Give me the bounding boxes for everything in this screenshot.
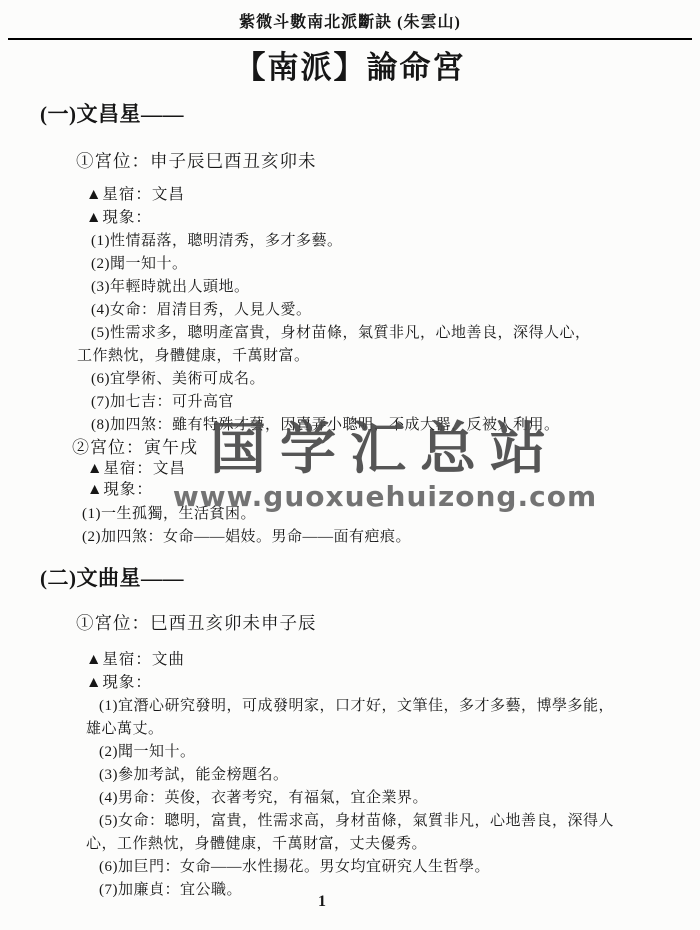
header-divider	[8, 38, 692, 40]
phenomenon-item: (1)性情磊落，聰明清秀，多才多藝。	[0, 230, 593, 253]
page-number: 1	[318, 893, 326, 911]
phenomenon-item: (4)女命：眉清目秀，人見人愛。	[0, 299, 593, 322]
phenomenon-item: (8)加四煞：雖有特殊才藝，因賣弄小聰明，不成大器，反被人利用。	[0, 414, 593, 437]
star-line: ▲星宿：文昌	[86, 185, 700, 204]
star-line: ▲星宿：文昌	[87, 459, 700, 479]
section-wenchang: (一)文昌星—— ①宮位：申子辰巳酉丑亥卯未 ▲星宿：文昌 ▲現象： (1)性情…	[0, 101, 700, 549]
page-title: 【南派】論命宮	[0, 49, 700, 86]
phenomenon-item: (1)一生孤獨，生活貧困。	[0, 503, 642, 526]
doc-header-title: 紫微斗數南北派斷訣 (朱雲山)	[0, 0, 700, 33]
phenomena-label: ▲現象：	[86, 208, 700, 227]
palace-position-line: ①宮位：申子辰巳酉丑亥卯未	[76, 150, 700, 172]
star-line: ▲星宿：文曲	[86, 650, 700, 669]
phenomenon-item: (4)男命：英俊，衣著考究，有福氣，宜企業界。	[0, 787, 614, 810]
phenomenon-item: (2)聞一知十。	[0, 253, 593, 276]
phenomenon-item: (7)加廉貞：宜公職。	[0, 879, 614, 902]
phenomena-label: ▲現象：	[87, 479, 700, 500]
phenomenon-item: (2)聞一知十。	[0, 741, 614, 764]
palace-position-line: ②宮位：寅午戌	[72, 437, 700, 458]
phenomenon-item: (1)宜潛心研究發明，可成發明家，口才好，文筆佳，多才多藝，博學多能，雄心萬丈。	[0, 695, 614, 741]
phenomenon-item: (7)加七吉：可升高官	[0, 391, 593, 414]
section-heading: (二)文曲星——	[40, 565, 700, 591]
phenomenon-item: (2)加四煞：女命——娼妓。男命——面有疤痕。	[0, 526, 642, 549]
phenomenon-item: (3)參加考試，能金榜題名。	[0, 764, 614, 787]
phenomenon-item: (6)加巨門：女命——水性揚花。男女均宜研究人生哲學。	[0, 856, 614, 879]
phenomenon-item: (5)女命：聰明，富貴，性需求高，身材苗條，氣質非凡，心地善良，深得人心，工作熱…	[0, 810, 614, 856]
phenomenon-item: (3)年輕時就出人頭地。	[0, 276, 593, 299]
phenomenon-item: (5)性需求多，聰明產富貴，身材苗條，氣質非凡，心地善良，深得人心，工作熱忱，身…	[0, 322, 593, 368]
document-page: 紫微斗數南北派斷訣 (朱雲山) 【南派】論命宮 (一)文昌星—— ①宮位：申子辰…	[0, 0, 700, 930]
phenomenon-item: (6)宜學術、美術可成名。	[0, 368, 593, 391]
section-heading: (一)文昌星——	[40, 101, 700, 127]
section-wenqu: (二)文曲星—— ①宮位：巳酉丑亥卯未申子辰 ▲星宿：文曲 ▲現象： (1)宜潛…	[0, 565, 700, 902]
palace-position-line: ①宮位：巳酉丑亥卯未申子辰	[76, 612, 700, 634]
phenomena-label: ▲現象：	[86, 673, 700, 692]
